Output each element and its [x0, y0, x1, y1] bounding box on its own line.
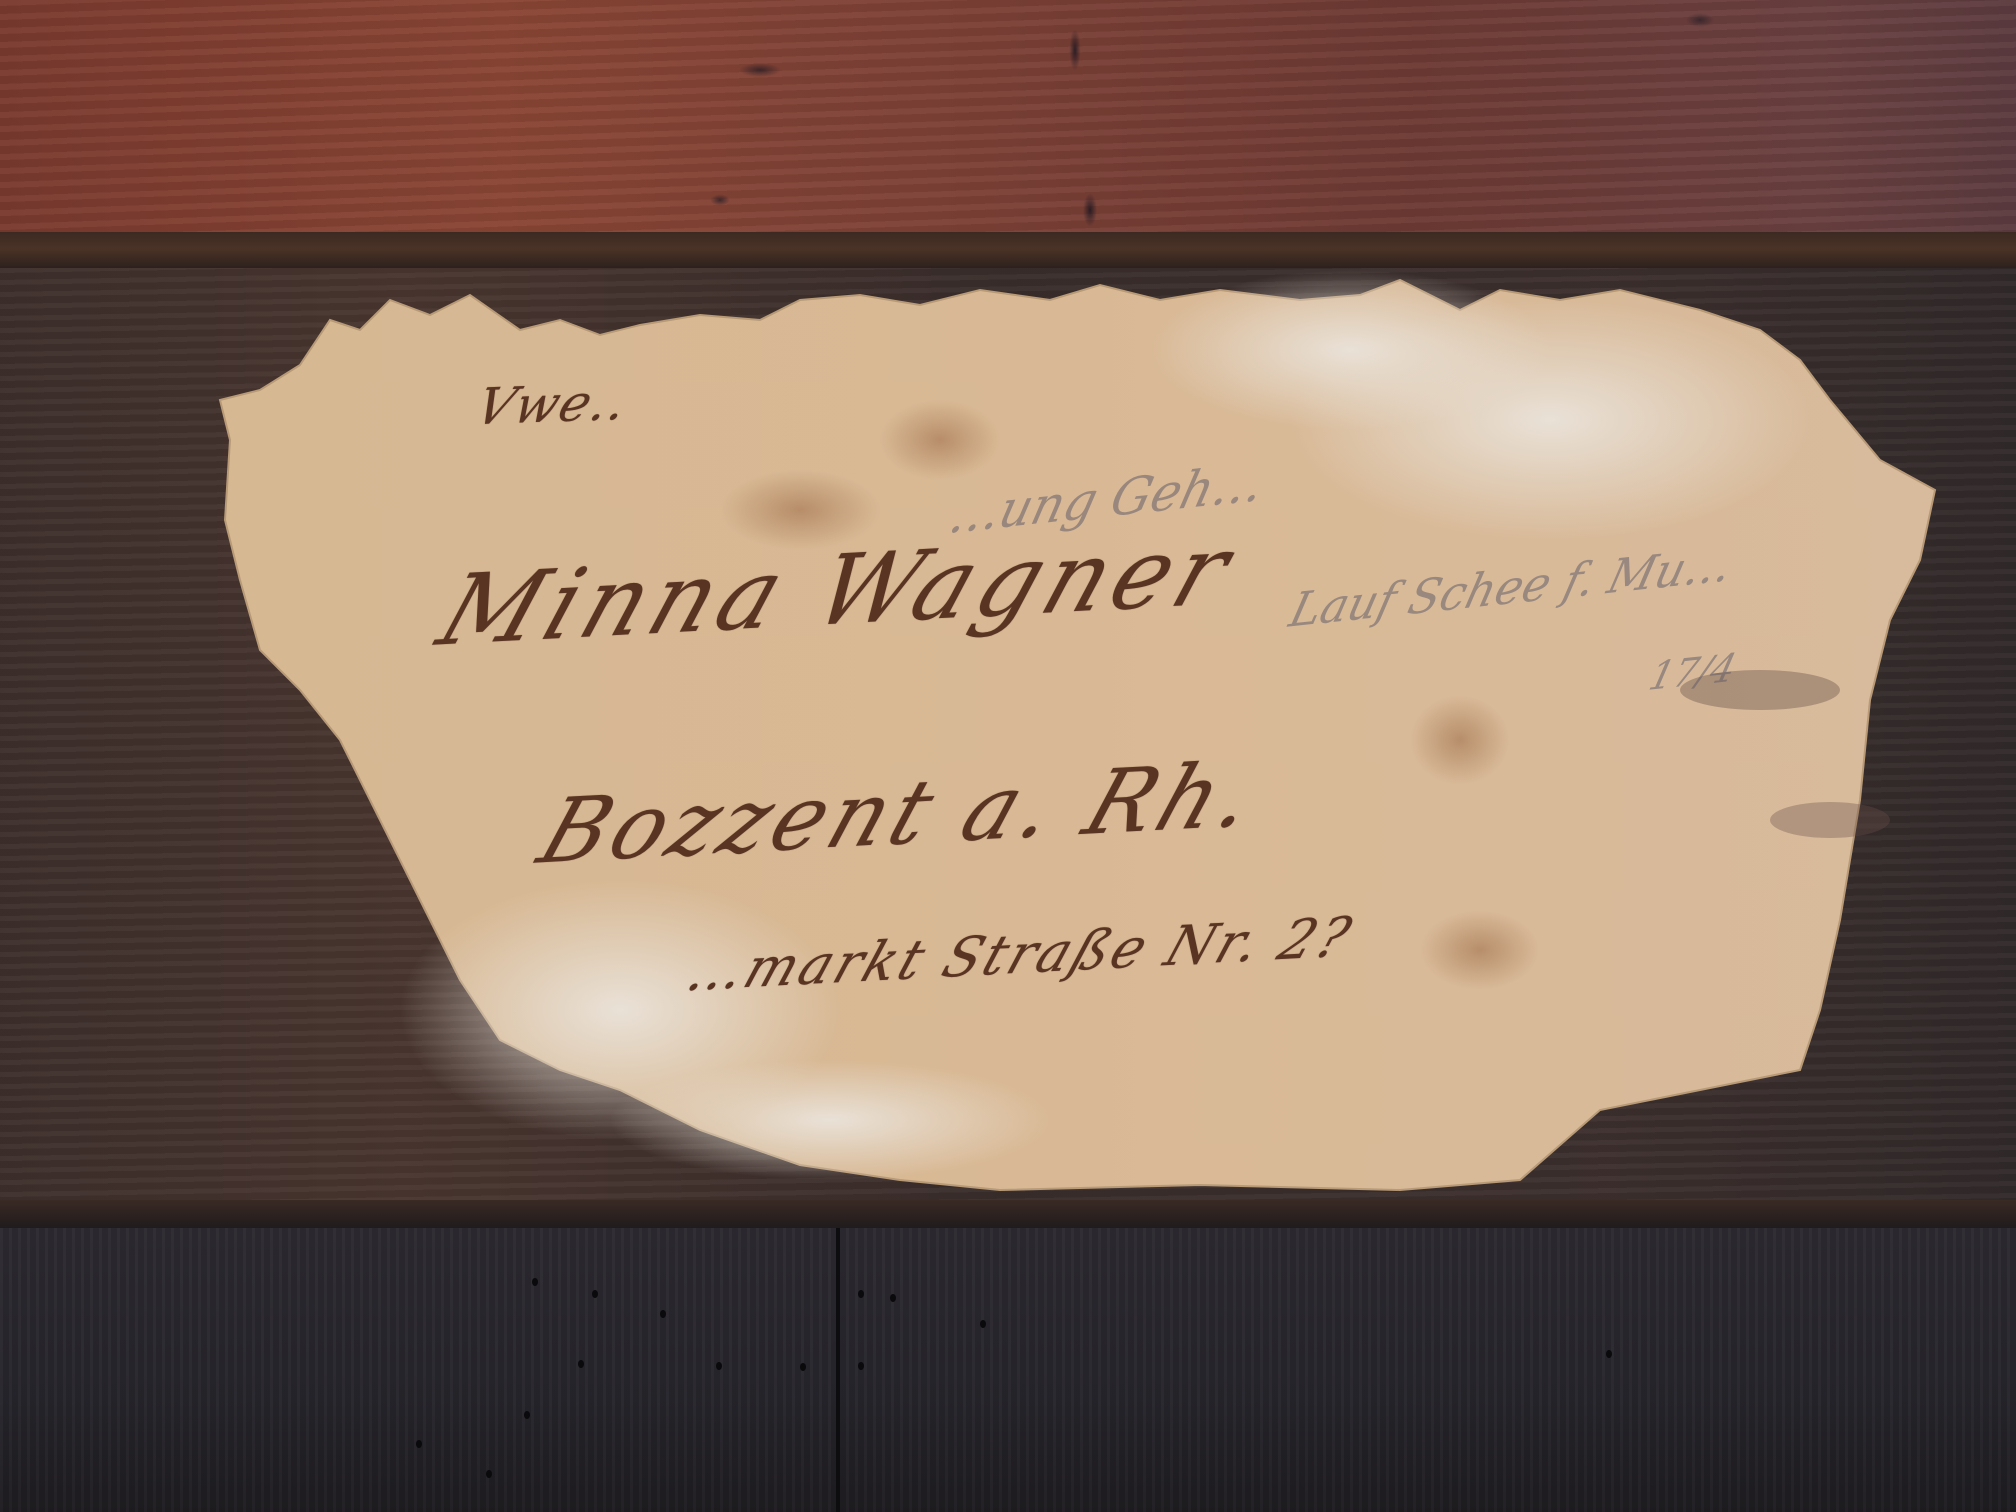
paper-label: Vwe.. Minna Wagner Bozzent a. Rh. …markt… — [0, 0, 2016, 1512]
photo-scene: Vwe.. Minna Wagner Bozzent a. Rh. …markt… — [0, 0, 2016, 1512]
handwriting-line-1: Vwe.. — [468, 372, 637, 436]
